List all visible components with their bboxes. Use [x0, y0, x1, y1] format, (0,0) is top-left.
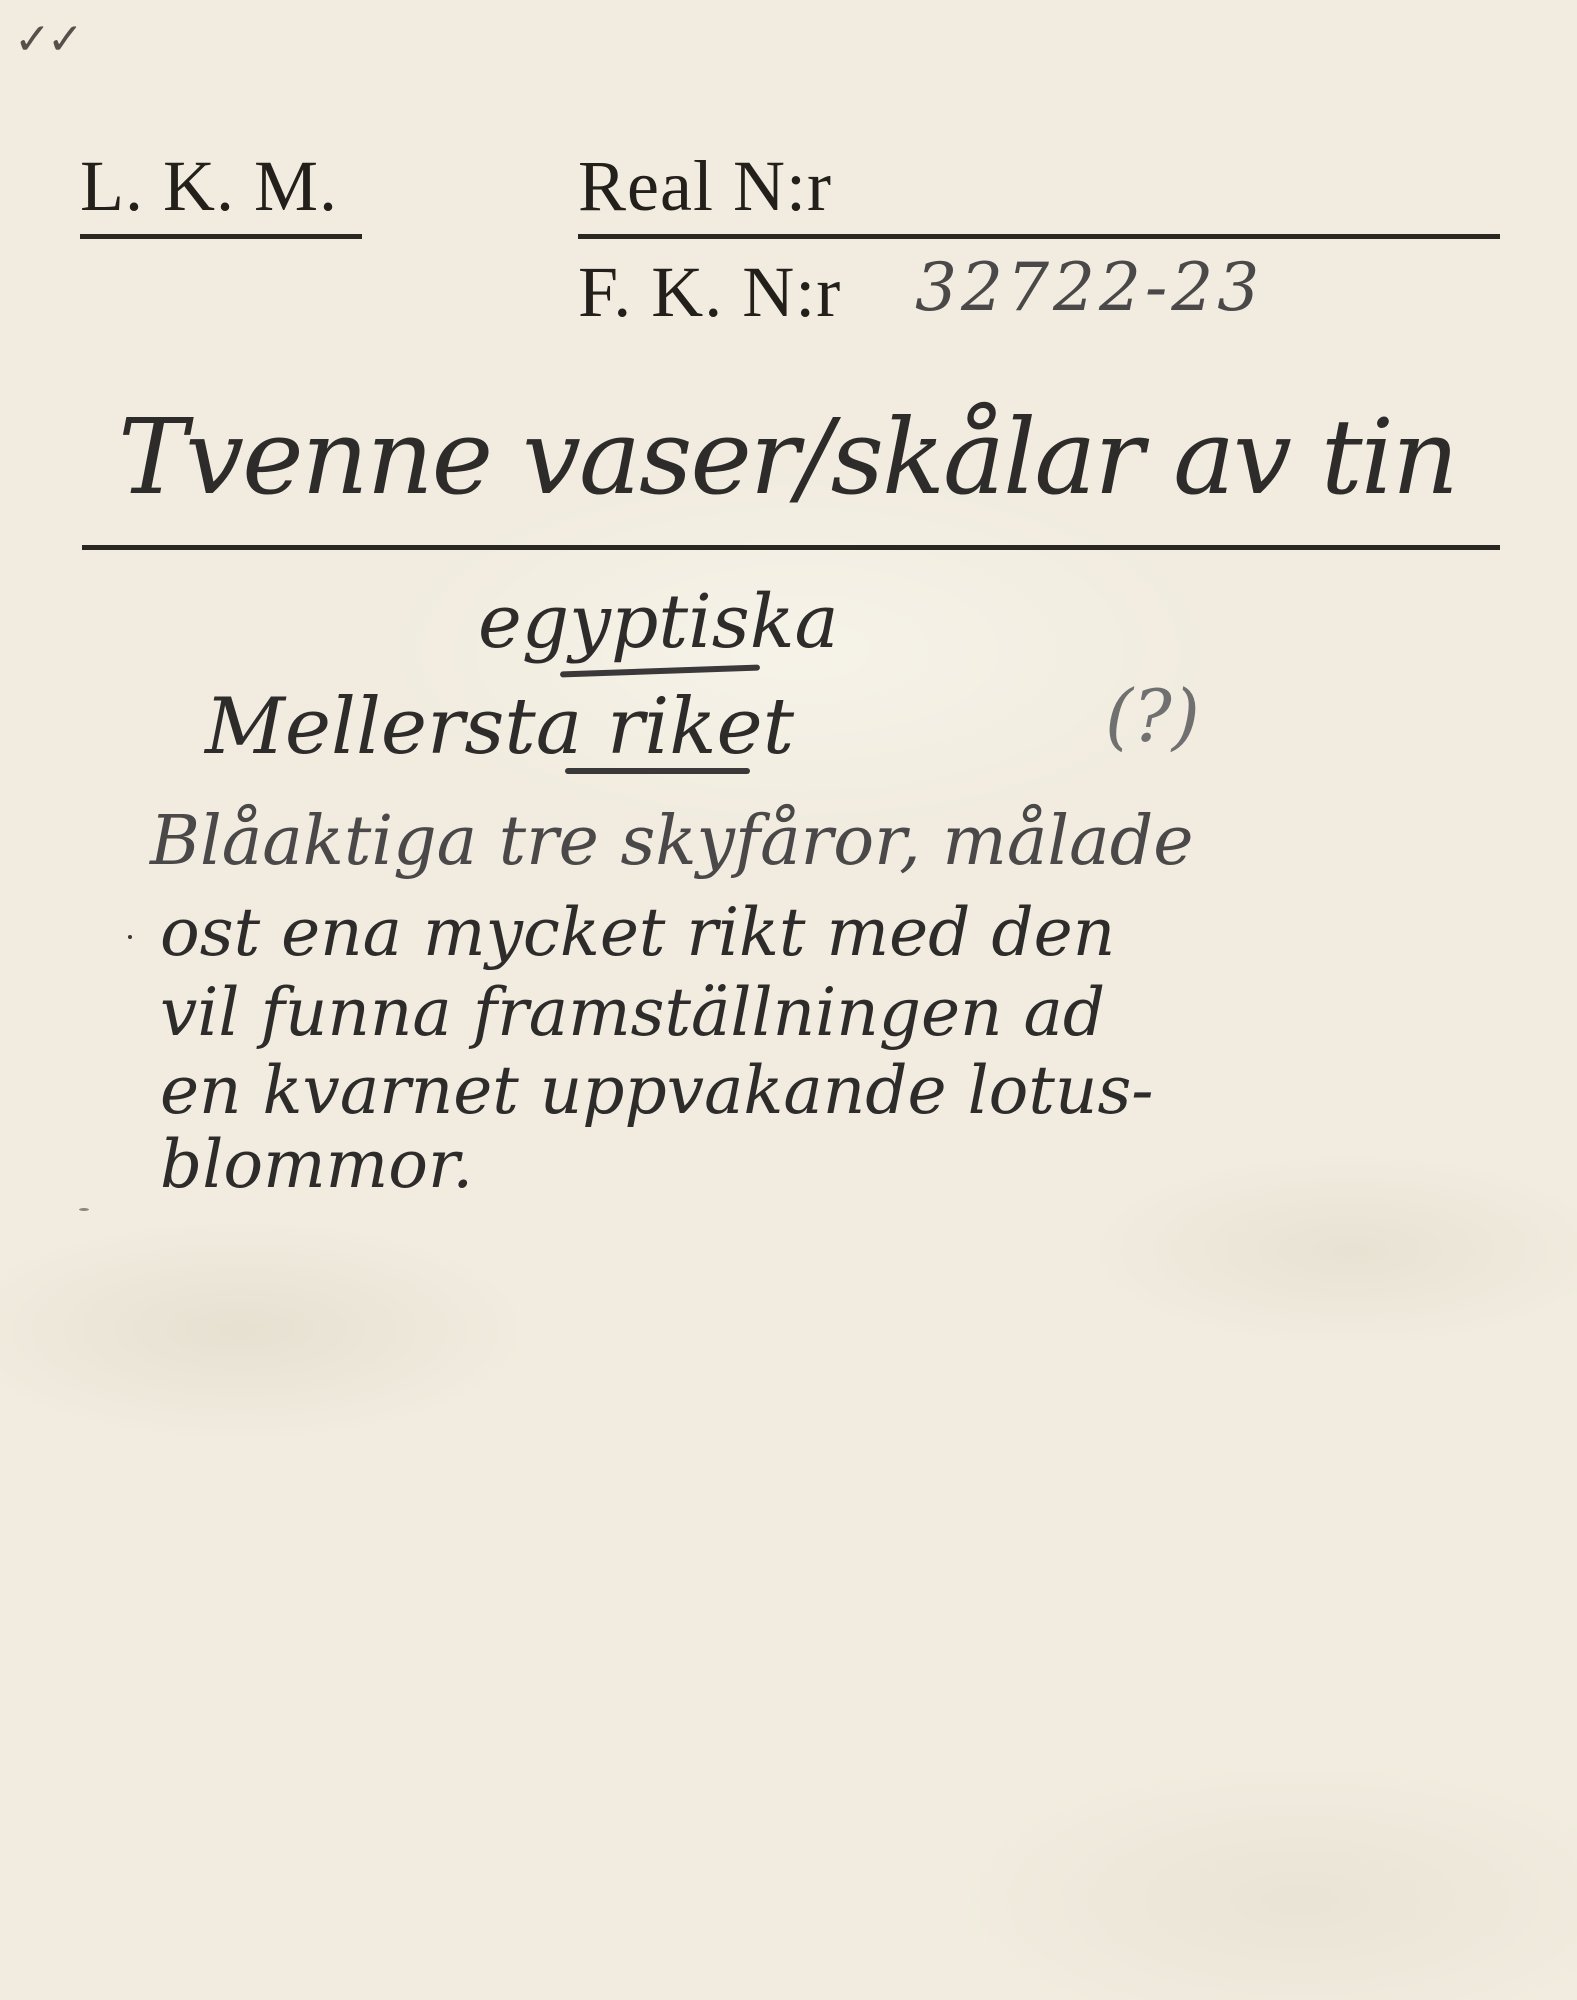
description-line-3: vil funna framställningen ad	[160, 980, 1105, 1046]
fk-number-label: F. K. N:r	[578, 256, 841, 328]
description-line-2: ost ena mycket rikt med den	[160, 900, 1115, 966]
description-line-5: blommor.	[160, 1132, 473, 1198]
description-line-1: Blåaktiga tre skyfåror, målade	[150, 808, 1193, 876]
ink-speck	[79, 1208, 89, 1211]
ink-speck	[128, 935, 132, 939]
object-title: Tvenne vaser/skålar av tin	[118, 405, 1457, 509]
real-number-label: Real N:r	[578, 150, 832, 222]
period-underline	[565, 768, 750, 774]
title-insertion: egyptiska	[478, 585, 839, 659]
period-uncertainty-note: (?)	[1105, 680, 1200, 752]
fk-number-value: 32722-23	[915, 255, 1263, 321]
object-period: Mellersta riket	[205, 688, 794, 766]
institution-underline	[80, 234, 362, 239]
real-number-underline	[578, 234, 1500, 239]
institution-label: L. K. M.	[80, 150, 338, 222]
check-marks: ✓✓	[14, 14, 80, 65]
insertion-caret-stroke	[560, 665, 760, 678]
title-rule	[82, 545, 1500, 550]
description-line-4: en kvarnet uppvakande lotus-	[160, 1058, 1154, 1124]
